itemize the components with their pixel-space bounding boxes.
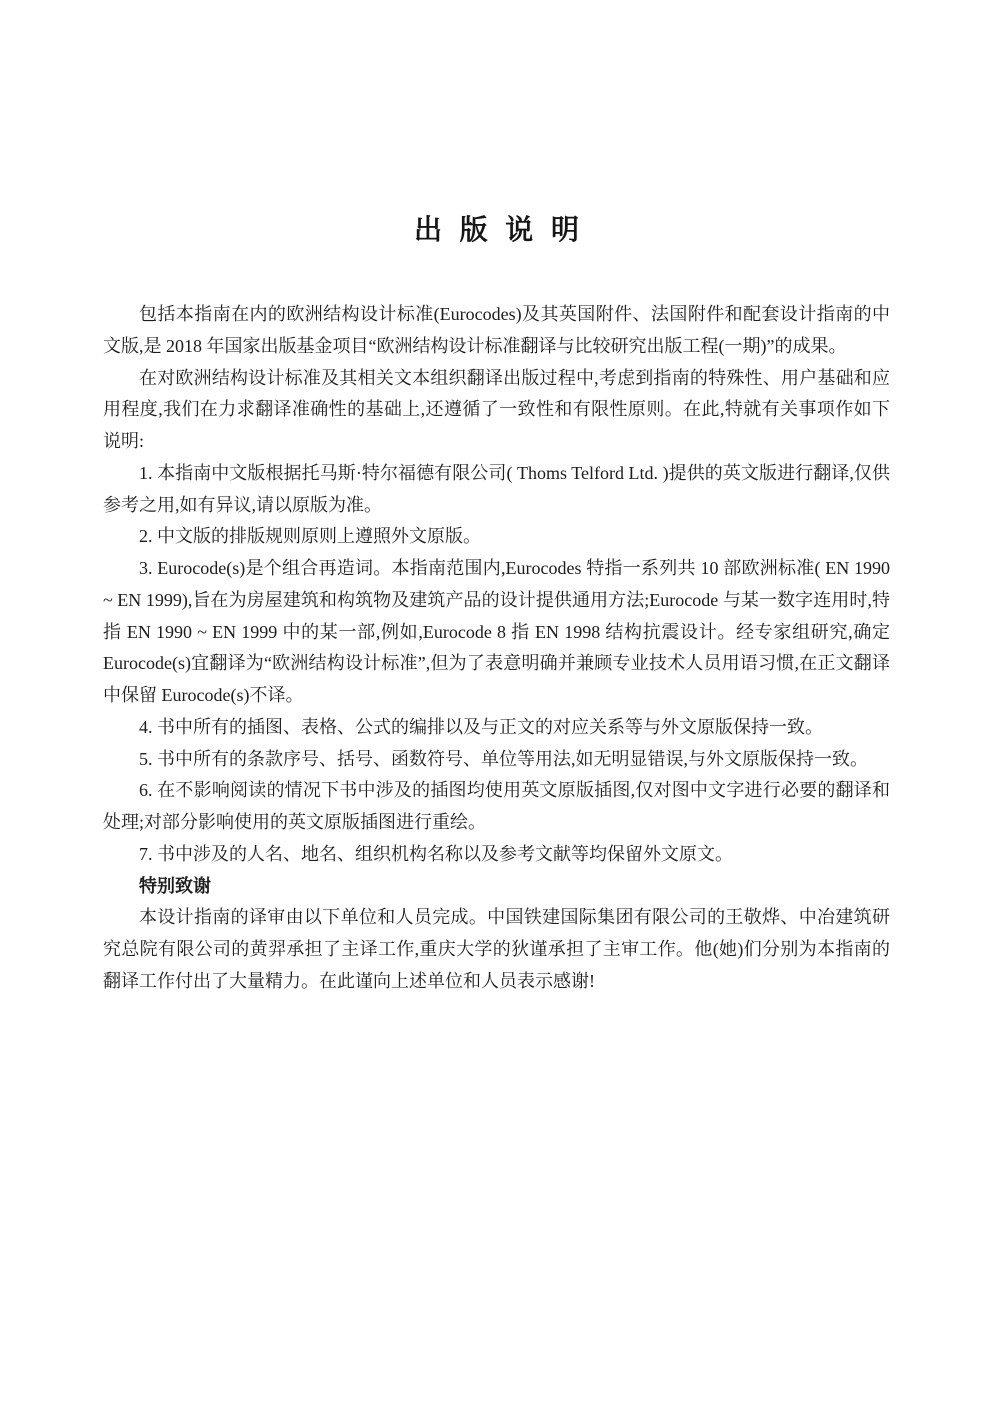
note-item-3: 3. Eurocode(s)是个组合再造词。本指南范围内,Eurocodes 特…: [103, 553, 890, 712]
note-item-6: 6. 在不影响阅读的情况下书中涉及的插图均使用英文原版插图,仅对图中文字进行必要…: [103, 775, 890, 839]
page-title-text: 出版说明: [414, 215, 597, 246]
acknowledgements-text: 本设计指南的译审由以下单位和人员完成。中国铁建国际集团有限公司的王敬烨、中冶建筑…: [103, 902, 890, 997]
page-title: 出版说明: [103, 213, 890, 248]
note-item-1: 1. 本指南中文版根据托马斯·特尔福德有限公司( Thoms Telford L…: [103, 458, 890, 522]
page-body: 包括本指南在内的欧洲结构设计标准(Eurocodes)及其英国附件、法国附件和配…: [103, 299, 890, 998]
acknowledgements-heading: 特别致谢: [103, 871, 890, 903]
note-item-2: 2. 中文版的排版规则原则上遵照外文原版。: [103, 521, 890, 553]
document-page: 出版说明 包括本指南在内的欧洲结构设计标准(Eurocodes)及其英国附件、法…: [0, 0, 992, 1403]
note-item-5: 5. 书中所有的条款序号、括号、函数符号、单位等用法,如无明显错误,与外文原版保…: [103, 744, 890, 776]
paragraph-intro: 包括本指南在内的欧洲结构设计标准(Eurocodes)及其英国附件、法国附件和配…: [103, 299, 890, 363]
note-item-7: 7. 书中涉及的人名、地名、组织机构名称以及参考文献等均保留外文原文。: [103, 839, 890, 871]
note-item-4: 4. 书中所有的插图、表格、公式的编排以及与正文的对应关系等与外文原版保持一致。: [103, 712, 890, 744]
paragraph-principles: 在对欧洲结构设计标准及其相关文本组织翻译出版过程中,考虑到指南的特殊性、用户基础…: [103, 363, 890, 458]
